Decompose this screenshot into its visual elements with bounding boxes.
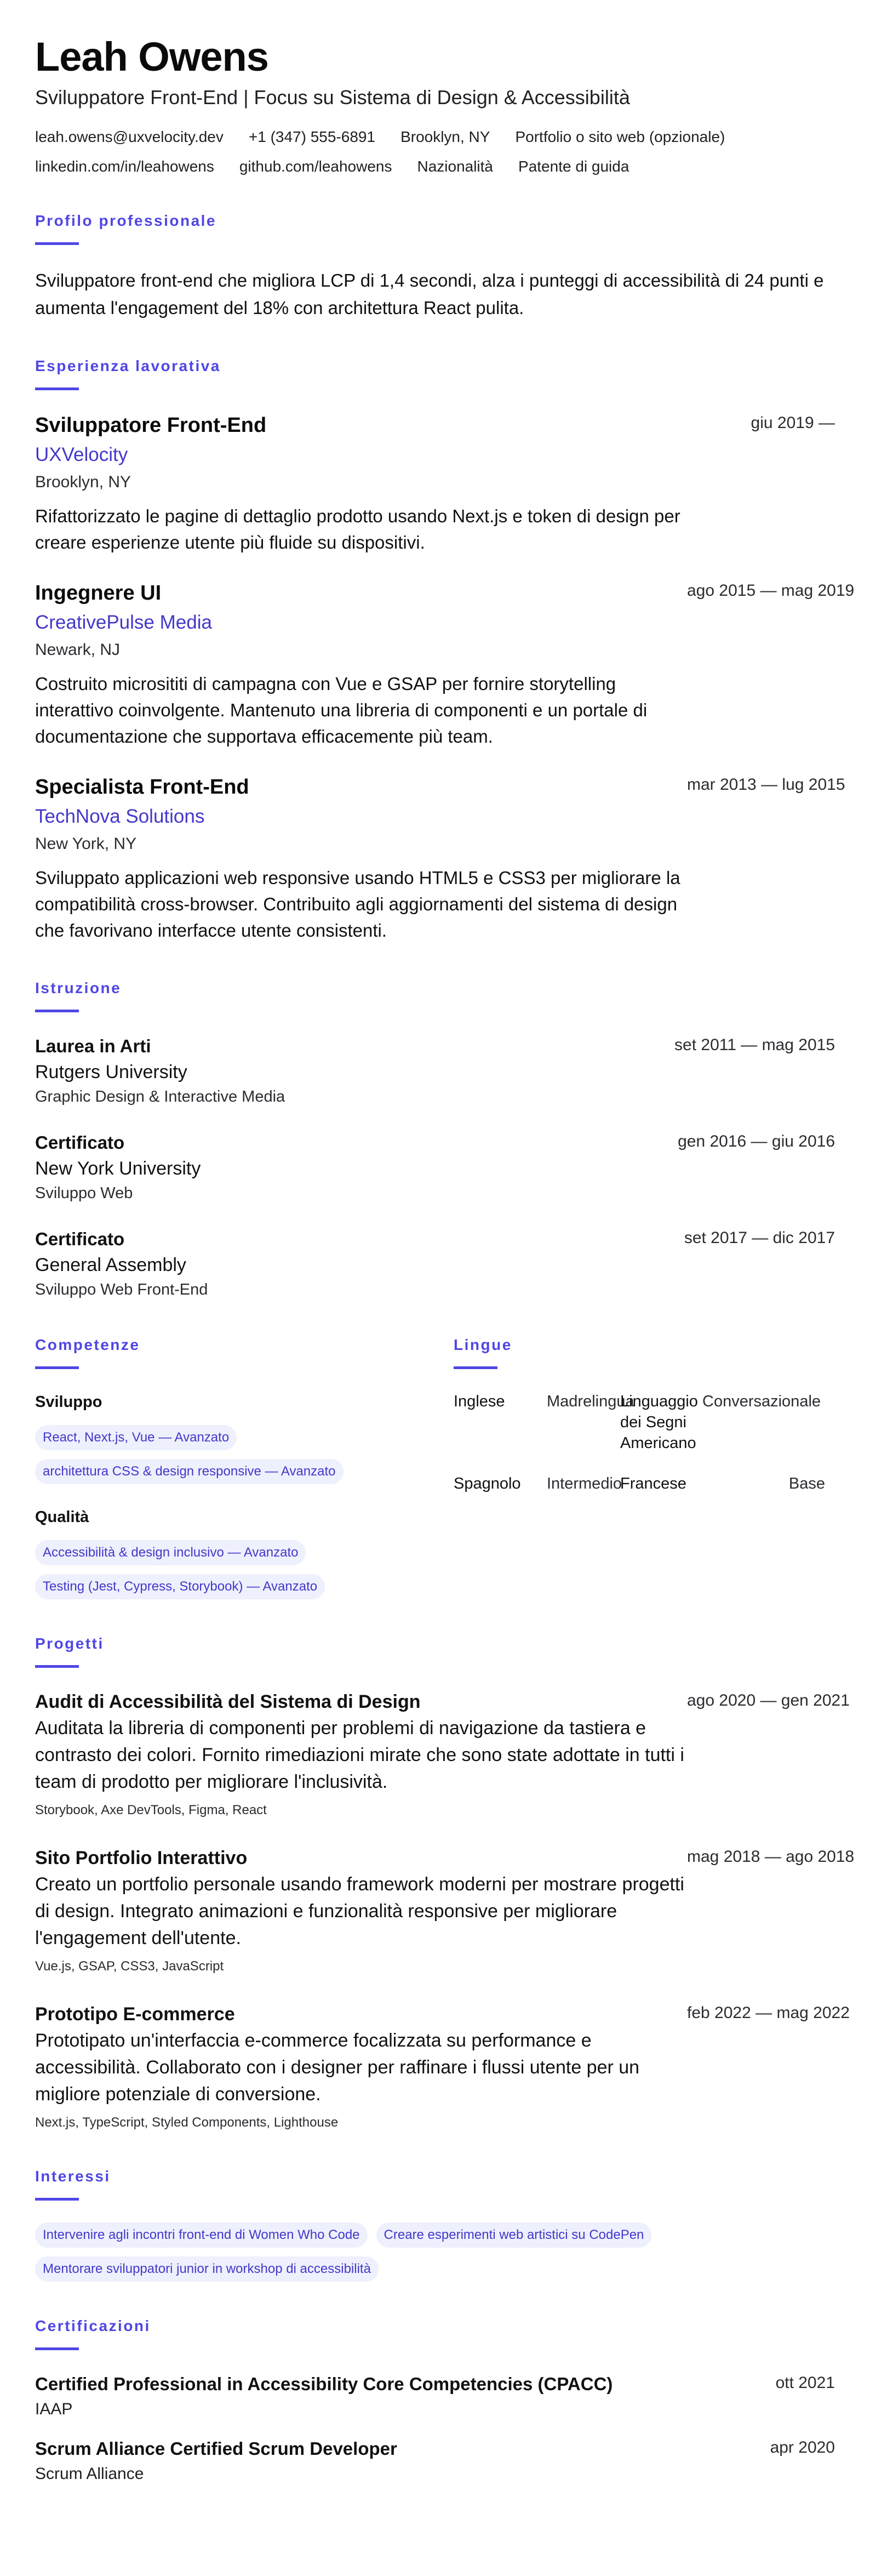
section-divider <box>35 387 79 390</box>
contact-phone[interactable]: +1 (347) 555-6891 <box>249 127 375 147</box>
skill-group-title: Sviluppo <box>35 1391 454 1413</box>
project-item: Sito Portfolio Interattivo Creato un por… <box>35 1846 835 1976</box>
degree: Laurea in Arti <box>35 1034 674 1058</box>
job-location: Brooklyn, NY <box>35 471 692 493</box>
contact-email[interactable]: leah.owens@uxvelocity.dev <box>35 127 224 147</box>
headline: Sviluppatore Front-End | Focus su Sistem… <box>35 84 835 111</box>
company-name: UXVelocity <box>35 442 692 468</box>
job-dates: mar 2013 — lug 2015 <box>687 774 845 796</box>
section-title: Lingue <box>454 1336 835 1354</box>
section-title: Certificazioni <box>35 2317 835 2335</box>
project-name: Prototipo E-commerce <box>35 2002 687 2026</box>
project-name: Sito Portfolio Interattivo <box>35 1846 687 1870</box>
interest-chip: Creare esperimenti web artistici su Code… <box>376 2222 652 2248</box>
skill-chip: Accessibilità & design inclusivo — Avanz… <box>35 1540 306 1565</box>
school-name: General Assembly <box>35 1252 684 1278</box>
project-dates: ago 2020 — gen 2021 <box>687 1690 850 1712</box>
project-description: Prototipato un'interfaccia e-commerce fo… <box>35 2027 687 2108</box>
certification-name: Certified Professional in Accessibility … <box>35 2372 692 2396</box>
language-level: Base <box>702 1473 834 1494</box>
skill-chip: architettura CSS & design responsive — A… <box>35 1459 344 1484</box>
contact-portfolio[interactable]: Portfolio o sito web (opzionale) <box>515 127 725 147</box>
skill-chip: React, Next.js, Vue — Avanzato <box>35 1425 237 1450</box>
field-of-study: Graphic Design & Interactive Media <box>35 1086 674 1108</box>
language-name: Linguaggio dei Segni Americano <box>620 1391 702 1454</box>
skill-chip: Testing (Jest, Cypress, Storybook) — Ava… <box>35 1574 325 1599</box>
degree: Certificato <box>35 1131 678 1155</box>
contact-location: Brooklyn, NY <box>400 127 490 147</box>
education-dates: set 2017 — dic 2017 <box>684 1227 835 1249</box>
skill-group-title: Qualità <box>35 1506 454 1528</box>
profile-section: Profilo professionale Sviluppatore front… <box>35 212 835 322</box>
section-title: Istruzione <box>35 979 835 998</box>
language-level: Conversazionale <box>702 1391 834 1454</box>
language-level: Madrelingua <box>547 1391 620 1454</box>
job-description: Sviluppato applicazioni web responsive u… <box>35 865 687 944</box>
project-item: Audit di Accessibilità del Sistema di De… <box>35 1690 835 1820</box>
experience-section: Esperienza lavorativa Sviluppatore Front… <box>35 357 835 944</box>
resume-header: Leah Owens Sviluppatore Front-End | Focu… <box>35 33 835 176</box>
project-name: Audit di Accessibilità del Sistema di De… <box>35 1690 687 1714</box>
contact-linkedin[interactable]: linkedin.com/in/leahowens <box>35 157 214 176</box>
skills-languages-row: Competenze Sviluppo React, Next.js, Vue … <box>35 1336 835 1621</box>
skills-section: Competenze Sviluppo React, Next.js, Vue … <box>35 1336 454 1621</box>
contact-list: leah.owens@uxvelocity.dev +1 (347) 555-6… <box>35 127 813 176</box>
interest-chip-list: Intervenire agli incontri front-end di W… <box>35 2222 747 2282</box>
experience-item: Sviluppatore Front-End UXVelocity Brookl… <box>35 412 835 556</box>
contact-driving-license: Patente di guida <box>518 157 629 176</box>
language-level: Intermedio <box>547 1473 620 1494</box>
job-title: Sviluppatore Front-End <box>35 412 692 438</box>
section-divider <box>35 2198 79 2201</box>
job-title: Ingegnere UI <box>35 580 687 606</box>
language-list: Inglese Madrelingua Linguaggio dei Segni… <box>454 1391 835 1494</box>
language-name: Inglese <box>454 1391 547 1454</box>
company-name: CreativePulse Media <box>35 609 687 636</box>
school-name: New York University <box>35 1156 678 1181</box>
profile-summary: Sviluppatore front-end che migliora LCP … <box>35 267 835 322</box>
project-description: Auditata la libreria di componenti per p… <box>35 1715 687 1796</box>
degree: Certificato <box>35 1227 684 1251</box>
company-name: TechNova Solutions <box>35 803 687 830</box>
section-divider <box>454 1366 497 1369</box>
section-divider <box>35 2347 79 2350</box>
section-title: Interessi <box>35 2167 835 2186</box>
section-divider <box>35 242 79 245</box>
certifications-section: Certificazioni Certified Professional in… <box>35 2317 835 2485</box>
project-item: Prototipo E-commerce Prototipato un'inte… <box>35 2002 835 2132</box>
job-description: Costruito microsititi di campagna con Vu… <box>35 671 687 750</box>
job-location: New York, NY <box>35 833 687 855</box>
project-tech: Vue.js, GSAP, CSS3, JavaScript <box>35 1957 687 1976</box>
contact-nationality: Nazionalità <box>417 157 493 176</box>
education-item: Certificato New York University Sviluppo… <box>35 1131 835 1204</box>
skill-chip-list: Accessibilità & design inclusivo — Avanz… <box>35 1540 454 1599</box>
section-divider <box>35 1010 79 1012</box>
skill-chip-list: React, Next.js, Vue — Avanzato architett… <box>35 1425 454 1484</box>
interest-chip: Intervenire agli incontri front-end di W… <box>35 2222 368 2248</box>
job-title: Specialista Front-End <box>35 774 687 800</box>
certification-issuer: Scrum Alliance <box>35 2463 692 2485</box>
languages-section: Lingue Inglese Madrelingua Linguaggio de… <box>454 1336 835 1621</box>
interests-section: Interessi Intervenire agli incontri fron… <box>35 2167 835 2282</box>
project-dates: mag 2018 — ago 2018 <box>687 1846 854 1868</box>
education-item: Certificato General Assembly Sviluppo We… <box>35 1227 835 1301</box>
section-divider <box>35 1366 79 1369</box>
interest-chip: Mentorare sviluppatori junior in worksho… <box>35 2256 379 2282</box>
resume: Leah Owens Sviluppatore Front-End | Focu… <box>0 0 870 2523</box>
job-location: Newark, NJ <box>35 639 687 661</box>
education-section: Istruzione Laurea in Arti Rutgers Univer… <box>35 979 835 1301</box>
field-of-study: Sviluppo Web Front-End <box>35 1279 684 1301</box>
education-dates: gen 2016 — giu 2016 <box>678 1131 835 1153</box>
project-tech: Storybook, Axe DevTools, Figma, React <box>35 1801 687 1820</box>
contact-github[interactable]: github.com/leahowens <box>239 157 392 176</box>
job-description: Rifattorizzato le pagine di dettaglio pr… <box>35 503 687 556</box>
education-dates: set 2011 — mag 2015 <box>674 1034 835 1056</box>
certification-date: ott 2021 <box>776 2372 835 2394</box>
section-divider <box>35 1665 79 1668</box>
school-name: Rutgers University <box>35 1059 674 1085</box>
certification-item: Scrum Alliance Certified Scrum Developer… <box>35 2437 835 2485</box>
job-dates: giu 2019 — <box>751 412 835 434</box>
job-dates: ago 2015 — mag 2019 <box>687 580 854 602</box>
experience-item: Specialista Front-End TechNova Solutions… <box>35 774 835 944</box>
certification-name: Scrum Alliance Certified Scrum Developer <box>35 2437 692 2461</box>
project-tech: Next.js, TypeScript, Styled Components, … <box>35 2113 687 2132</box>
section-title: Progetti <box>35 1634 835 1653</box>
language-name: Francese <box>620 1473 702 1494</box>
education-item: Laurea in Arti Rutgers University Graphi… <box>35 1034 835 1108</box>
candidate-name: Leah Owens <box>35 33 835 81</box>
field-of-study: Sviluppo Web <box>35 1182 678 1204</box>
experience-item: Ingegnere UI CreativePulse Media Newark,… <box>35 580 835 750</box>
section-title: Competenze <box>35 1336 454 1354</box>
section-title: Esperienza lavorativa <box>35 357 835 375</box>
certification-item: Certified Professional in Accessibility … <box>35 2372 835 2420</box>
section-title: Profilo professionale <box>35 212 835 230</box>
project-description: Creato un portfolio personale usando fra… <box>35 1871 687 1952</box>
projects-section: Progetti Audit di Accessibilità del Sist… <box>35 1634 835 2132</box>
certification-date: apr 2020 <box>770 2437 835 2459</box>
project-dates: feb 2022 — mag 2022 <box>687 2002 850 2024</box>
certification-issuer: IAAP <box>35 2398 692 2420</box>
language-name: Spagnolo <box>454 1473 547 1494</box>
